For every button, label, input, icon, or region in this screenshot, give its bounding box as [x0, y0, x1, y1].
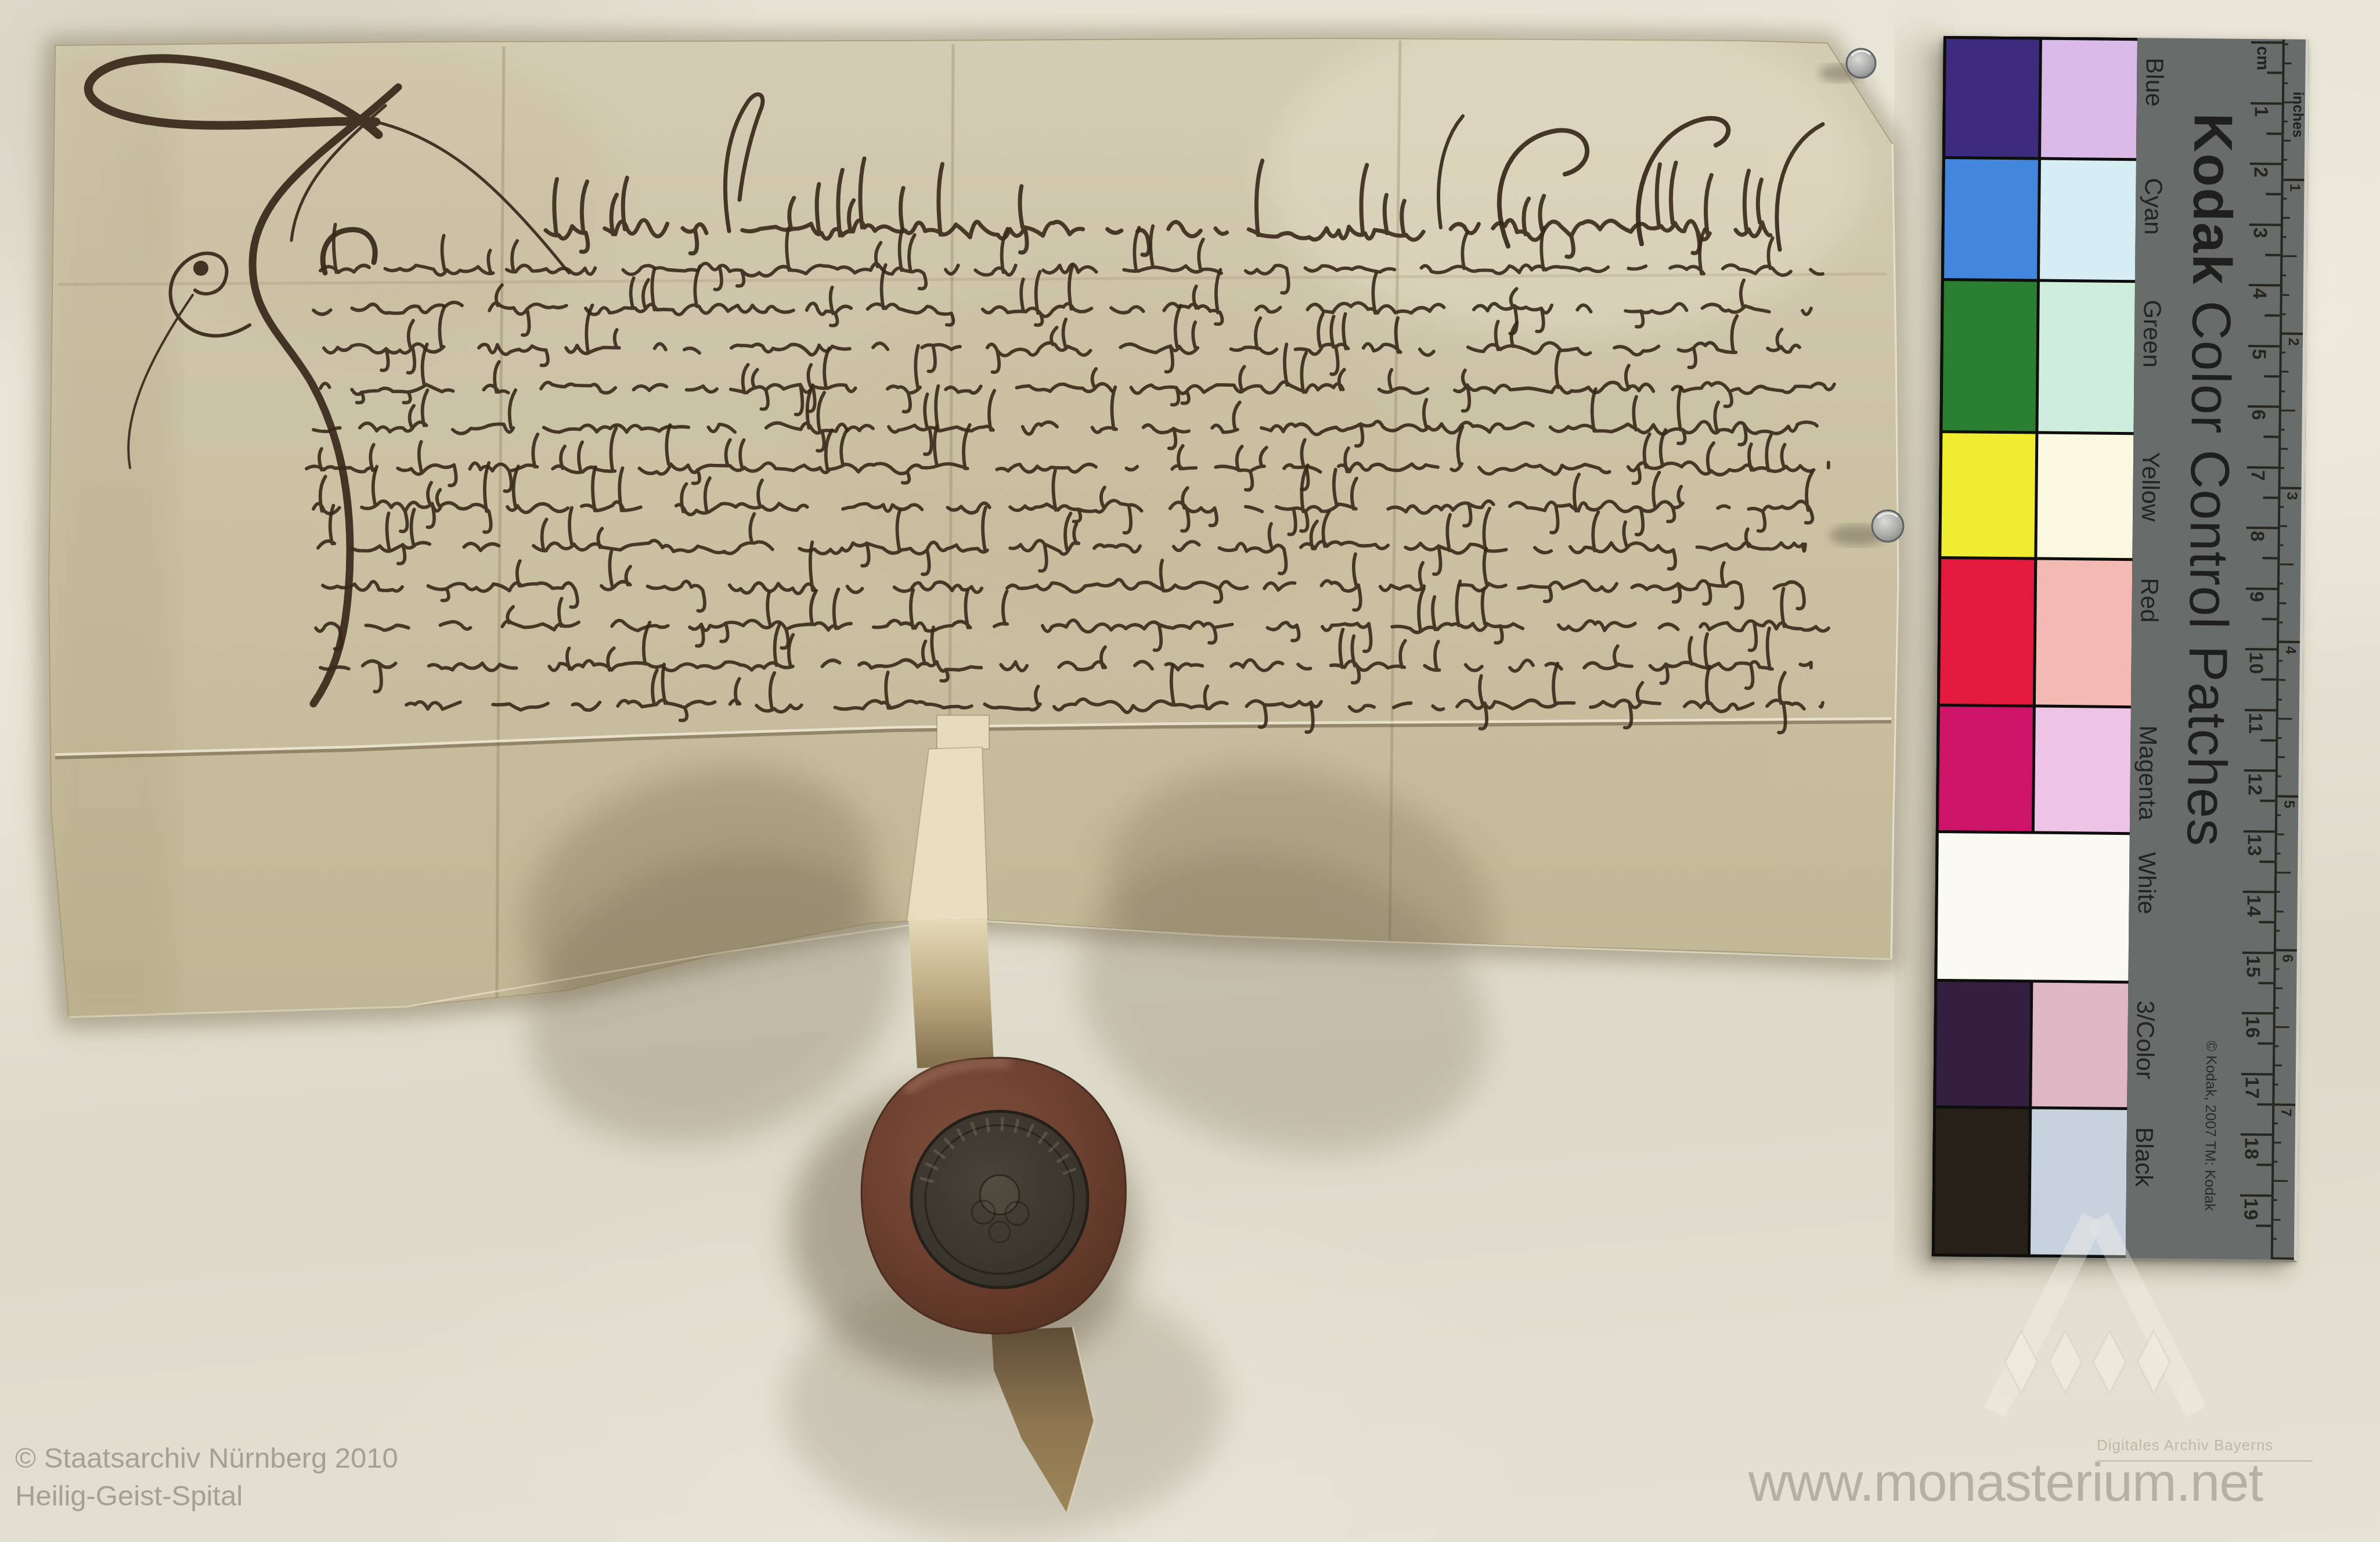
ruler-tick — [2278, 756, 2285, 758]
patch-grid — [1932, 36, 2137, 1258]
ruler-tick — [2243, 891, 2274, 894]
ruler-cm-number-18: 18 — [2240, 1137, 2262, 1160]
ruler-tick — [2267, 72, 2282, 74]
ruler-tick — [2241, 1133, 2272, 1136]
ruler-tick — [2276, 968, 2280, 970]
ruler-tick — [2275, 1046, 2278, 1047]
ruler-cm-number-6: 6 — [2248, 409, 2270, 421]
color-patch-blue-saturated — [1945, 39, 2039, 157]
ruler-tick — [2264, 375, 2279, 377]
kodak-edition-notice: © Kodak, 2007 TM: Kodak — [2201, 1040, 2220, 1210]
patch-label-cyan: Cyan — [2139, 178, 2168, 235]
ruler-cm-number-9: 9 — [2246, 592, 2268, 603]
ruler-tick — [2274, 1122, 2278, 1124]
ruler-tick — [2281, 409, 2295, 411]
ruler-tick — [2277, 795, 2298, 797]
ruler-inch-number-3: 3 — [2283, 492, 2300, 500]
ruler-tick — [2284, 178, 2305, 181]
ruler-inch-number-5: 5 — [2280, 800, 2297, 808]
patch-row-cyan — [1944, 159, 2133, 283]
kodak-brand-text: Kodak — [2181, 113, 2244, 286]
ruler-tick — [2280, 564, 2294, 565]
color-patch-cyan-tint — [2040, 160, 2136, 280]
ruler-tick — [2285, 44, 2288, 45]
ruler-tick — [2273, 1219, 2280, 1220]
ruler-cm-number-19: 19 — [2240, 1198, 2262, 1220]
photo-credits: © Staatsarchiv Nürnberg 2010 Heilig-Geis… — [15, 1440, 398, 1515]
ruler-tick — [2245, 648, 2277, 651]
ruler-tick — [2285, 63, 2292, 64]
ruler-tick — [2278, 776, 2281, 777]
ruler-tick — [2274, 1103, 2295, 1105]
ruler-cm-number-17: 17 — [2241, 1077, 2263, 1100]
ruler-tick — [2273, 1238, 2277, 1240]
ruler-tick — [2241, 1073, 2273, 1076]
ruler-tick — [2259, 921, 2274, 924]
ruler-tick — [2266, 193, 2281, 196]
ruler-tick — [2256, 1164, 2271, 1166]
color-patch-blue-tint — [2041, 40, 2137, 158]
monasterium-watermark: www.monasterium.net — [1748, 1453, 2263, 1514]
ruler-tick — [2256, 1224, 2271, 1227]
ruler-cm-number-14: 14 — [2242, 895, 2264, 917]
kodak-color-control-strip: cm inches 123456789101112131415161718191… — [1932, 36, 2309, 1262]
ruler-tick — [2275, 1084, 2278, 1086]
patch-row-white — [1937, 833, 2126, 983]
ruler-tick — [2281, 467, 2284, 469]
ruler-tick — [2260, 739, 2276, 741]
ruler-tick — [2244, 830, 2275, 833]
ruler-tick — [2240, 1194, 2271, 1197]
strip-label-band: cm inches 123456789101112131415161718191… — [2126, 38, 2306, 1260]
ruler-tick — [2266, 132, 2281, 135]
patch-row-yellow — [1941, 433, 2130, 561]
ruler-tick — [2283, 236, 2287, 238]
ruler-tick — [2283, 197, 2287, 199]
ruler-tick — [2281, 448, 2288, 450]
strip-title-text: Color Control Patches — [2176, 300, 2242, 846]
ruler-tick — [2276, 949, 2297, 952]
ruler-tick — [2281, 429, 2285, 431]
ruler-tick — [2261, 679, 2276, 681]
ruler-tick — [2284, 101, 2298, 103]
ruler-tick — [2262, 618, 2277, 620]
ruler-tick — [2242, 952, 2274, 954]
ruler-tick — [2251, 41, 2282, 44]
ruler-tick — [2258, 982, 2273, 984]
ruler-cm-number-7: 7 — [2247, 470, 2269, 482]
patch-label-blue: Blue — [2140, 57, 2169, 107]
ruler-tick — [2277, 814, 2281, 816]
ruler-inch-number-2: 2 — [2285, 338, 2302, 346]
bavaria-archive-A-logo — [1972, 1208, 2205, 1457]
ruler-tick — [2277, 910, 2284, 912]
ruler-tick — [2280, 583, 2283, 585]
ruler-tick — [2245, 709, 2276, 712]
ruler-inches-label: inches — [2289, 92, 2306, 138]
color-patch-magenta-tint — [2035, 708, 2131, 833]
ruler-cm-number-16: 16 — [2241, 1016, 2263, 1039]
ruler-tick — [2282, 275, 2286, 276]
color-patch-red-saturated — [1940, 559, 2034, 705]
ruler-tick — [2246, 588, 2277, 590]
ruler-tick — [2277, 872, 2291, 874]
ruler-tick — [2248, 345, 2280, 348]
ruler-tick — [2276, 1007, 2279, 1008]
patch-label-white: White — [2132, 852, 2161, 914]
patch-row-3color — [1936, 982, 2125, 1110]
color-patch-green-tint — [2038, 282, 2134, 433]
strip-rotated-content: cm inches 123456789101112131415161718191… — [2126, 38, 2306, 1260]
ruler-tick — [2279, 621, 2282, 623]
credit-copyright: © Staatsarchiv Nürnberg 2010 — [15, 1440, 398, 1478]
strip-title: KodakColor Control Patches — [2175, 113, 2245, 847]
ruler-tick — [2274, 1161, 2277, 1163]
color-patch-white-full — [1937, 833, 2129, 981]
ruler-tick — [2281, 371, 2288, 373]
ruler-cm-number-1: 1 — [2251, 106, 2273, 118]
ruler-inch-number-1: 1 — [2286, 183, 2303, 192]
ruler-tick — [2251, 102, 2282, 105]
ruler-tick — [2260, 800, 2275, 802]
ruler-tick — [2284, 82, 2288, 84]
ruler-tick — [2280, 602, 2287, 604]
ruler-tick — [2273, 1258, 2294, 1260]
ruler-tick — [2281, 390, 2285, 392]
ruler-tick — [2259, 860, 2274, 863]
ruler-tick — [2277, 833, 2284, 835]
ruler-tick — [2250, 163, 2281, 165]
ruler-tick — [2281, 487, 2302, 489]
color-patch-yellow-tint — [2037, 434, 2133, 559]
ruler-tick — [2249, 284, 2280, 287]
ruler-inch-number-4: 4 — [2282, 646, 2299, 654]
ruler-cm-number-3: 3 — [2249, 228, 2271, 239]
ruler-cm-number-15: 15 — [2242, 956, 2264, 978]
ruler-tick — [2284, 140, 2291, 142]
archival-photo-stage: cm inches 123456789101112131415161718191… — [0, 0, 2380, 1542]
ruler-cm-number-11: 11 — [2244, 713, 2266, 734]
color-patch-red-tint — [2036, 560, 2132, 706]
ruler-tick — [2279, 660, 2282, 662]
ruler-tick — [2275, 1065, 2282, 1067]
ruler-cm-label: cm — [2252, 46, 2271, 70]
color-patch-magenta-saturated — [1939, 707, 2033, 831]
ruler-tick — [2282, 294, 2289, 296]
archive-caption-text: Digitales Archiv Bayerns — [2097, 1436, 2273, 1454]
ruler-tick — [2274, 1199, 2277, 1201]
ruler-tick — [2263, 436, 2278, 438]
patch-label-green: Green — [2138, 300, 2166, 368]
ruler-cm-number-12: 12 — [2244, 773, 2266, 796]
patch-label-yellow: Yellow — [2136, 452, 2165, 521]
color-patch-cyan-saturated — [1944, 159, 2038, 279]
color-patch-yellow-saturated — [1941, 433, 2035, 557]
wax-seal — [861, 1058, 1126, 1334]
patch-row-magenta — [1939, 707, 2128, 835]
ruler-tick — [2247, 466, 2278, 469]
ruler-tick — [2264, 315, 2280, 317]
ruler-tick — [2262, 557, 2277, 560]
ruler-tick — [2276, 988, 2282, 989]
ruler-cm-number-4: 4 — [2249, 288, 2271, 300]
ruler-tick — [2274, 1180, 2288, 1182]
patch-label-red: Red — [2135, 578, 2163, 623]
ruler-tick — [2276, 929, 2280, 931]
patch-label-3color: 3/Color — [2131, 1000, 2159, 1079]
color-patch-green-saturated — [1942, 281, 2036, 431]
ruler-tick — [2280, 525, 2287, 527]
color-patch-3color-tint — [2032, 983, 2128, 1108]
seal-tag-slot — [937, 715, 989, 749]
ruler-tick — [2242, 1012, 2273, 1015]
credit-fonds: Heilig-Geist-Spital — [15, 1478, 398, 1515]
ruler-tick — [2274, 1141, 2281, 1143]
patch-row-red — [1940, 559, 2129, 708]
ruler-inch-number-7: 7 — [2277, 1108, 2294, 1116]
ruler-tick — [2278, 679, 2285, 681]
ruler-tick — [2277, 891, 2280, 893]
ruler-cm-number-5: 5 — [2248, 349, 2270, 361]
ruler-tick — [2284, 121, 2288, 123]
patch-row-green — [1942, 281, 2132, 435]
ruler-tick — [2282, 255, 2296, 257]
ruler-tick — [2248, 405, 2279, 408]
ruler-tick — [2246, 527, 2278, 529]
ruler-cm-number-8: 8 — [2246, 531, 2269, 542]
ruler-tick — [2278, 698, 2282, 700]
ruler-tick — [2283, 217, 2290, 219]
ruler-cm-number-2: 2 — [2250, 167, 2272, 178]
patch-label-black: Black — [2130, 1127, 2158, 1187]
ruler-tick — [2244, 769, 2276, 772]
ruler-tick — [2279, 641, 2300, 643]
ruler-tick — [2284, 159, 2287, 161]
ruler-tick — [2282, 313, 2285, 315]
ruler-tick — [2282, 333, 2303, 335]
patch-label-magenta: Magenta — [2133, 725, 2162, 820]
ruler-tick — [2257, 1103, 2272, 1105]
ruler-tick — [2280, 545, 2284, 546]
ruler-tick — [2277, 853, 2280, 855]
ruler-tick — [2278, 718, 2292, 719]
ruler-tick — [2278, 737, 2281, 739]
ruler-tick — [2263, 496, 2278, 499]
ruler-tick — [2249, 224, 2281, 226]
color-patch-3color-saturated — [1936, 982, 2030, 1107]
ruler-inch-number-6: 6 — [2279, 954, 2296, 963]
ruler-tick — [2276, 1026, 2289, 1028]
ruler-cm-number-10: 10 — [2245, 652, 2267, 675]
ruler-cm-number-13: 13 — [2243, 834, 2265, 857]
archive-logo-watermark — [1972, 1208, 2205, 1457]
ruler-tick — [2282, 352, 2285, 354]
patch-row-blue — [1945, 39, 2134, 161]
ruler-tick — [2258, 1043, 2273, 1045]
ruler-tick — [2265, 254, 2280, 256]
ruler-tick — [2280, 506, 2284, 507]
